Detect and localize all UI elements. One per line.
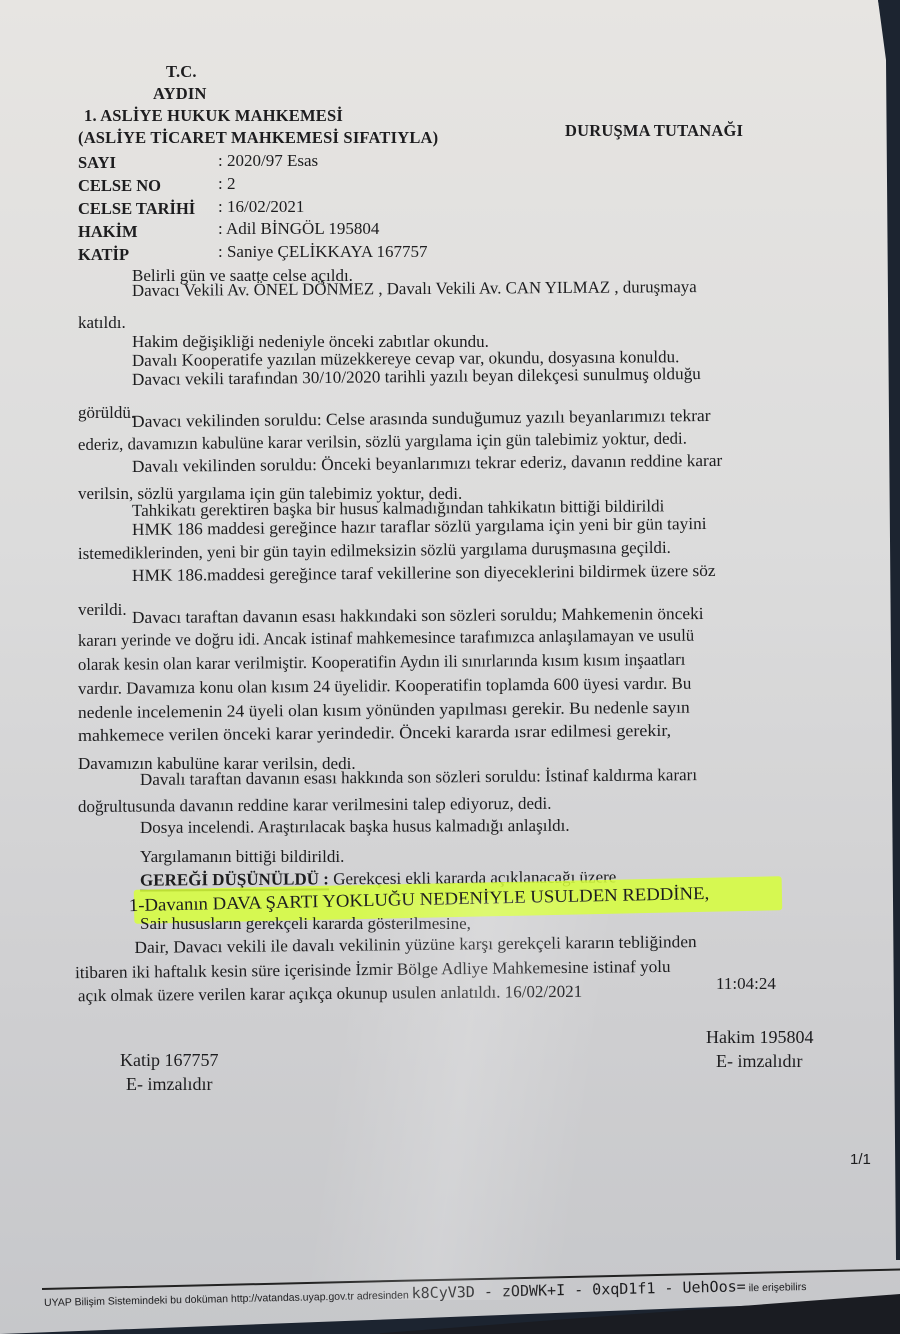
footer-prefix: UYAP Bilişim Sistemindeki bu doküman htt… <box>44 1289 409 1309</box>
verdict-closing-line: açık olmak üzere verilen karar açıkça ok… <box>78 982 582 1006</box>
field-label-hakim: HAKİM <box>78 222 138 242</box>
field-value-katip: : Saniye ÇELİKKAYA 167757 <box>218 242 428 262</box>
field-label-sayi: SAYI <box>78 153 116 173</box>
body-line: görüldü. <box>78 403 135 423</box>
header-capacity: (ASLİYE TİCARET MAHKEMESİ SIFATIYLA) <box>78 128 438 148</box>
body-line: HMK 186.maddesi gereğince taraf vekiller… <box>132 561 716 586</box>
body-line: verildi. <box>78 600 127 620</box>
body-line: olarak kesin olan karar verilmiştir. Koo… <box>78 650 686 675</box>
field-value-sayi: : 2020/97 Esas <box>218 151 318 171</box>
document-type-title: DURUŞMA TUTANAĞI <box>565 121 743 141</box>
body-line: ederiz, davamızın kabulüne karar verilsi… <box>78 429 687 455</box>
page-number: 1/1 <box>850 1151 871 1168</box>
header-tc: T.C. <box>166 62 197 82</box>
clerk-signature-title: Katip 167757 <box>120 1050 219 1070</box>
body-line: Davalı vekilinden soruldu: Önceki beyanl… <box>132 451 722 477</box>
body-line: katıldı. <box>78 313 126 333</box>
verdict-closing-line: Dair, Davacı vekili ile davalı vekilinin… <box>134 932 696 958</box>
header-court: 1. ASLİYE HUKUK MAHKEMESİ <box>84 106 343 126</box>
body-line: Davacı taraftan davanın esası hakkındaki… <box>132 604 704 628</box>
judge-signature-title: Hakim 195804 <box>706 1027 814 1047</box>
field-value-celse-tarihi: : 16/02/2021 <box>218 197 304 217</box>
footer-verification: UYAP Bilişim Sistemindeki bu doküman htt… <box>44 1276 807 1310</box>
body-line: istemediklerinden, yeni bir gün tayin ed… <box>78 538 671 564</box>
body-line: doğrultusunda davanın reddine karar veri… <box>78 794 552 817</box>
body-line: nedenle incelemenin 24 üyeli olan kısım … <box>78 698 690 723</box>
field-value-hakim: : Adil BİNGÖL 195804 <box>218 219 379 239</box>
verdict-closing-line: itibaren iki haftalık kesin süre içerisi… <box>75 957 671 983</box>
body-line: mahkemece verilen önceki karar yerindedi… <box>78 721 671 746</box>
verdict-time: 11:04:24 <box>716 974 776 994</box>
clerk-signature-status: E- imzalıdır <box>126 1074 212 1094</box>
document-page: T.C. AYDIN 1. ASLİYE HUKUK MAHKEMESİ (AS… <box>0 0 900 1334</box>
footer-suffix: ile erişebilirs <box>749 1281 807 1294</box>
verdict-item-2: Sair hususların gerekçeli kararda göster… <box>140 914 471 934</box>
field-label-katip: KATİP <box>78 245 129 265</box>
judge-signature-status: E- imzalıdır <box>716 1051 802 1071</box>
body-line: Davalı taraftan davanın esası hakkında s… <box>140 765 697 790</box>
body-line: Yargılamanın bittiği bildirildi. <box>140 847 344 867</box>
body-line: Davacı vekilinden soruldu: Celse arasınd… <box>132 406 711 432</box>
body-line: Dosya incelendi. Araştırılacak başka hus… <box>140 816 570 838</box>
field-label-celse-tarihi: CELSE TARİHİ <box>78 199 195 219</box>
header-city: AYDIN <box>153 84 207 104</box>
body-line: kararı yerinde ve doğru idi. Ancak istin… <box>78 626 694 651</box>
field-value-celse-no: : 2 <box>218 174 235 194</box>
body-line: vardır. Davamıza konu olan kısım 24 üyel… <box>78 674 691 699</box>
field-label-celse-no: CELSE NO <box>78 176 161 196</box>
body-line: Davacı Vekili Av. ÖNEL DÖNMEZ , Davalı V… <box>132 277 697 301</box>
verification-code: k8CyV3D - zODWK+I - 0xqD1f1 - UehOos= <box>411 1277 745 1302</box>
